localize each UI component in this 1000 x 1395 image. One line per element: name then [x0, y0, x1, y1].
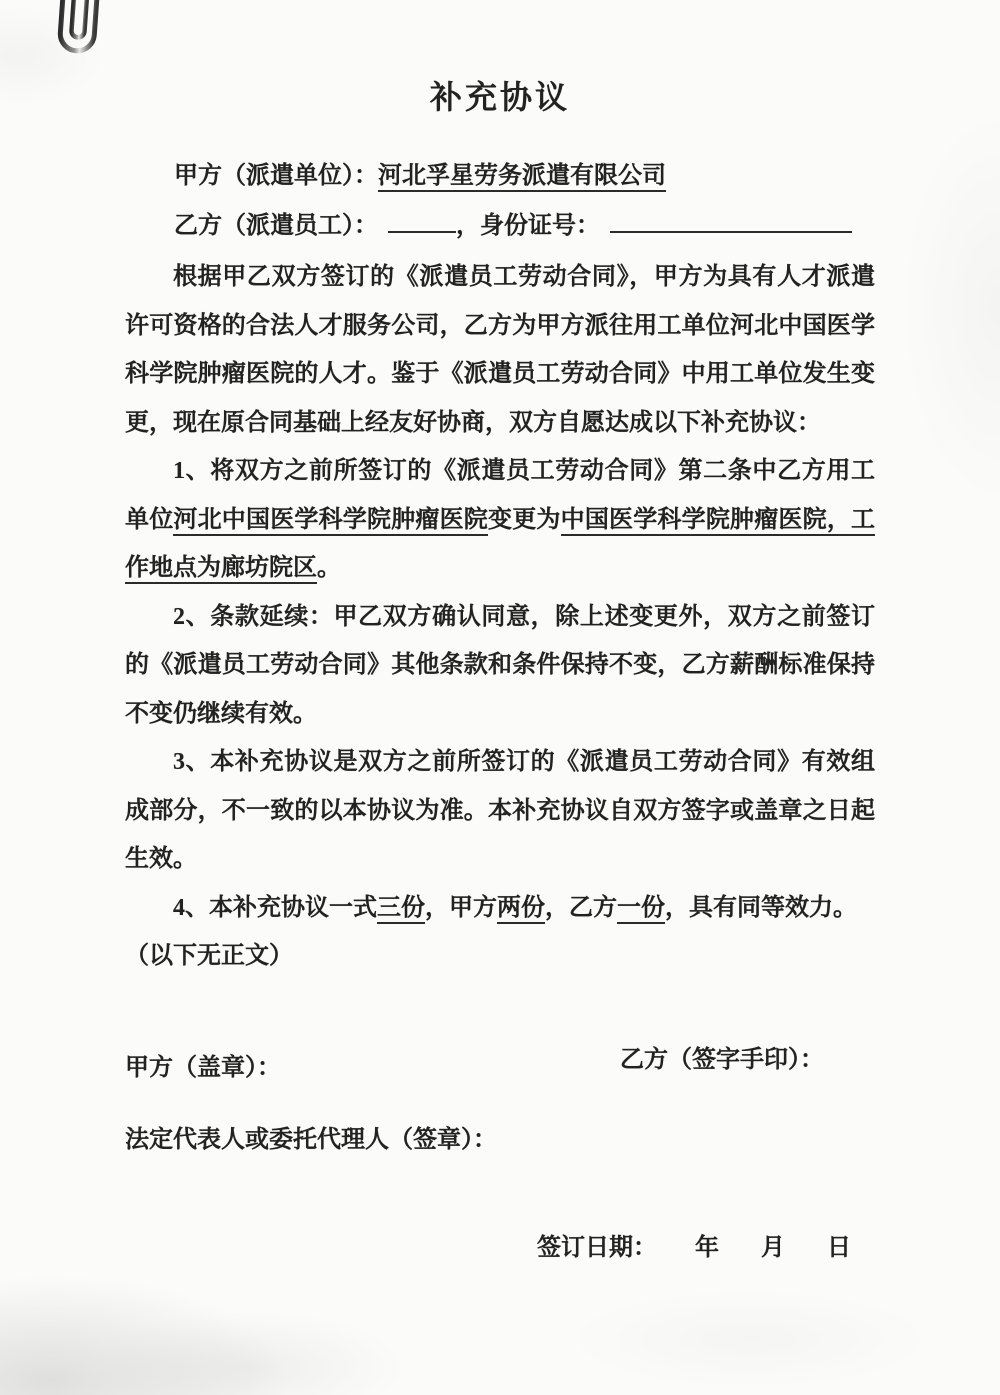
signing-date-row: 签订日期：年月日: [537, 1231, 875, 1265]
date-month-label: 月: [761, 1235, 785, 1261]
date-label: 签订日期：: [537, 1235, 657, 1261]
underlined-text: 三份: [377, 895, 425, 924]
document-title: 补充协议: [125, 0, 875, 118]
underlined-text: 河北中国医学科学院肿瘤医院: [173, 507, 488, 536]
party-b-name-blank: [388, 207, 456, 233]
text-segment: 根据甲乙双方签订的《派遣员工劳动合同》，甲方为具有人才派遣许可资格的合法人才服务…: [125, 264, 875, 436]
clause-2: 2、条款延续：甲乙双方确认同意，除上述变更外，双方之前签订的《派遣员工劳动合同》…: [125, 593, 875, 739]
party-b-label: 乙方（派遣员工）：: [174, 213, 378, 239]
party-a-line: 甲方（派遣单位）：河北孚星劳务派遣有限公司: [174, 151, 875, 201]
text-segment: ，乙方: [545, 895, 617, 921]
document-page: 补充协议 甲方（派遣单位）：河北孚星劳务派遣有限公司 乙方（派遣员工）：，身份证…: [0, 0, 1000, 1395]
party-a-seal-label: 甲方（盖章）：: [125, 1055, 281, 1081]
legal-representative-row: 法定代表人或委托代理人（签章）：: [125, 1123, 875, 1157]
clause-4: 4、本补充协议一式三份，甲方两份，乙方一份，具有同等效力。: [125, 884, 875, 933]
id-number-blank: [610, 207, 852, 233]
date-year-label: 年: [695, 1235, 719, 1261]
no-body-note: （以下无正文）: [125, 932, 875, 981]
party-b-line: 乙方（派遣员工）：，身份证号：: [174, 201, 875, 251]
paperclip-icon: [48, 0, 114, 82]
party-a-label: 甲方（派遣单位）：: [174, 163, 378, 189]
document-body: 根据甲乙双方签订的《派遣员工劳动合同》，甲方为具有人才派遣许可资格的合法人才服务…: [125, 253, 875, 981]
text-segment: 2、条款延续：甲乙双方确认同意，除上述变更外，双方之前签订的《派遣员工劳动合同》…: [125, 604, 875, 727]
text-segment: ，甲方: [425, 895, 497, 921]
text-segment: （以下无正文）: [125, 943, 293, 969]
clause-3: 3、本补充协议是双方之前所签订的《派遣员工劳动合同》有效组成部分，不一致的以本协…: [125, 738, 875, 884]
party-b-sign-label: 乙方（签字手印）：: [620, 1043, 824, 1077]
text-segment: 3、本补充协议是双方之前所签订的《派遣员工劳动合同》有效组成部分，不一致的以本协…: [125, 749, 875, 872]
underlined-text: 一份: [617, 895, 665, 924]
signature-block: 甲方（盖章）： 乙方（签字手印）： 法定代表人或委托代理人（签章）： 签订日期：…: [125, 1051, 875, 1265]
preamble: 根据甲乙双方签订的《派遣员工劳动合同》，甲方为具有人才派遣许可资格的合法人才服务…: [125, 253, 875, 447]
party-a-name: 河北孚星劳务派遣有限公司: [378, 163, 666, 192]
date-day-label: 日: [827, 1235, 851, 1261]
parties-block: 甲方（派遣单位）：河北孚星劳务派遣有限公司 乙方（派遣员工）：，身份证号：: [125, 151, 875, 251]
id-number-label: ，身份证号：: [456, 213, 600, 239]
text-segment: ，具有同等效力。: [665, 895, 857, 921]
text-segment: 变更为: [488, 507, 561, 533]
underlined-text: 两份: [497, 895, 545, 924]
text-segment: 。: [317, 555, 341, 581]
legal-rep-label: 法定代表人或委托代理人（签章）：: [125, 1127, 497, 1153]
text-segment: 4、本补充协议一式: [173, 895, 377, 921]
signature-row-parties: 甲方（盖章）： 乙方（签字手印）：: [125, 1051, 875, 1085]
clause-1: 1、将双方之前所签订的《派遣员工劳动合同》第二条中乙方用工单位河北中国医学科学院…: [125, 447, 875, 593]
